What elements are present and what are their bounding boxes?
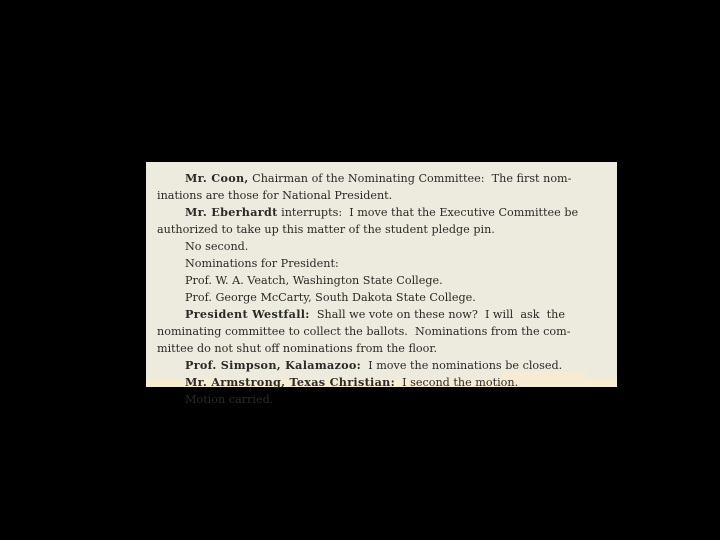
document-page: Mr. Coon, Chairman of the Nominating Com… bbox=[146, 162, 617, 387]
speaker-name: Prof. Simpson, Kalamazoo: bbox=[185, 358, 361, 372]
speaker-name: President Westfall: bbox=[185, 307, 310, 321]
paragraph-westfall-line1: President Westfall: Shall we vote on the… bbox=[157, 306, 599, 323]
paragraph-simpson: Prof. Simpson, Kalamazoo: I move the nom… bbox=[157, 357, 599, 374]
paragraph-eberhardt-line2: authorized to take up this matter of the… bbox=[157, 221, 599, 238]
speaker-name: Mr. Coon, bbox=[185, 171, 249, 185]
paragraph-nominations-heading: Nominations for President: bbox=[157, 255, 599, 272]
paragraph-westfall-line2: nominating committee to collect the ball… bbox=[157, 323, 599, 340]
speaker-name: Mr. Armstrong, Texas Christian: bbox=[185, 375, 395, 389]
paragraph-westfall-line3: mittee do not shut off nominations from … bbox=[157, 340, 599, 357]
paragraph-coon-line2: inations are those for National Presiden… bbox=[157, 187, 599, 204]
document-text: Mr. Coon, Chairman of the Nominating Com… bbox=[157, 170, 599, 408]
paragraph-coon-line1: Mr. Coon, Chairman of the Nominating Com… bbox=[157, 170, 599, 187]
nominee-veatch: Prof. W. A. Veatch, Washington State Col… bbox=[157, 272, 599, 289]
paragraph-eberhardt-line1: Mr. Eberhardt interrupts: I move that th… bbox=[157, 204, 599, 221]
paragraph-motion-carried: Motion carried. bbox=[157, 391, 599, 408]
paragraph-armstrong: Mr. Armstrong, Texas Christian: I second… bbox=[157, 374, 599, 391]
speaker-name: Mr. Eberhardt bbox=[185, 205, 278, 219]
nominee-mccarty: Prof. George McCarty, South Dakota State… bbox=[157, 289, 599, 306]
paragraph-no-second: No second. bbox=[157, 238, 599, 255]
